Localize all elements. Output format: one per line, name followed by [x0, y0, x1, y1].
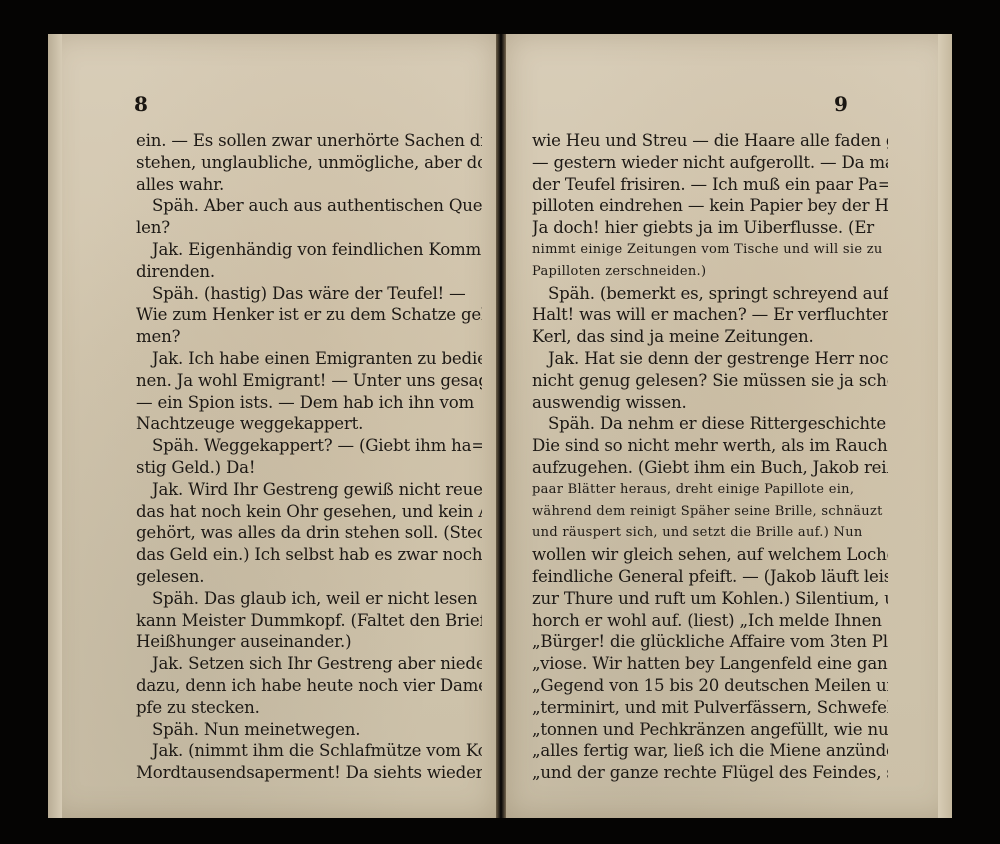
- text-line: gehört, was alles da drin stehen soll. (…: [136, 522, 482, 544]
- text-line: „Gegend von 15 bis 20 deutschen Meilen u…: [532, 675, 888, 697]
- text-line: „Bürger! die glückliche Affaire vom 3ten…: [532, 631, 888, 653]
- text-line: direnden.: [136, 261, 482, 283]
- page-body-text: wie Heu und Streu — die Haare alle faden…: [532, 130, 888, 784]
- text-line: Nachtzeuge weggekappert.: [136, 413, 482, 435]
- text-line: gelesen.: [136, 566, 482, 588]
- text-line: „alles fertig war, ließ ich die Miene an…: [532, 740, 888, 762]
- text-line: alles wahr.: [136, 174, 482, 196]
- text-line: Jak. Hat sie denn der gestrenge Herr noc…: [532, 348, 888, 370]
- text-line: Späh. Weggekappert? — (Giebt ihm ha=: [136, 435, 482, 457]
- text-line: feindliche General pfeift. — (Jakob läuf…: [532, 566, 888, 588]
- text-line: stehen, unglaubliche, unmögliche, aber d…: [136, 152, 482, 174]
- text-line: Heißhunger auseinander.): [136, 631, 482, 653]
- text-line: das hat noch kein Ohr gesehen, und kein …: [136, 501, 482, 523]
- text-line: der Teufel frisiren. — Ich muß ein paar …: [532, 174, 888, 196]
- text-line: — gestern wieder nicht aufgerollt. — Da …: [532, 152, 888, 174]
- text-line: Späh. Das glaub ich, weil er nicht lesen: [136, 588, 482, 610]
- text-line: horch er wohl auf. (liest) „Ich melde Ih…: [532, 610, 888, 632]
- text-line: stig Geld.) Da!: [136, 457, 482, 479]
- text-line: Späh. Da nehm er diese Rittergeschichte!: [532, 413, 888, 435]
- book-spine: [496, 34, 506, 818]
- text-line: Die sind so nicht mehr werth, als im Rau…: [532, 435, 888, 457]
- text-line: „terminirt, und mit Pulverfässern, Schwe…: [532, 697, 888, 719]
- text-line: pilloten eindrehen — kein Papier bey der…: [532, 195, 888, 217]
- text-line: während dem reinigt Späher seine Brille,…: [532, 501, 888, 523]
- text-line: Ja doch! hier giebts ja im Uiberflusse. …: [532, 217, 888, 239]
- text-line: nicht genug gelesen? Sie müssen sie ja s…: [532, 370, 888, 392]
- text-line: Jak. (nimmt ihm die Schlafmütze vom Kopf…: [136, 740, 482, 762]
- text-line: und räuspert sich, und setzt die Brille …: [532, 522, 888, 544]
- text-line: aufzugehen. (Giebt ihm ein Buch, Jakob r…: [532, 457, 888, 479]
- text-line: Späh. (hastig) Das wäre der Teufel! —: [136, 283, 482, 305]
- text-line: „viose. Wir hatten bey Langenfeld eine g…: [532, 653, 888, 675]
- page-number: 9: [834, 92, 848, 116]
- page-number: 8: [134, 92, 148, 116]
- text-line: „tonnen und Pechkränzen angefüllt, wie n…: [532, 719, 888, 741]
- text-line: kann Meister Dummkopf. (Faltet den Brief…: [136, 610, 482, 632]
- text-line: Mordtausendsaperment! Da siehts wieder a…: [136, 762, 482, 784]
- page-body-text: ein. — Es sollen zwar unerhörte Sachen d…: [136, 130, 482, 784]
- text-line: Späh. (bemerkt es, springt schreyend auf…: [532, 283, 888, 305]
- text-line: wie Heu und Streu — die Haare alle faden…: [532, 130, 888, 152]
- text-line: Jak. Eigenhändig von feindlichen Komman=: [136, 239, 482, 261]
- text-line: dazu, denn ich habe heute noch vier Dame…: [136, 675, 482, 697]
- text-line: zur Thure und ruft um Kohlen.) Silentium…: [532, 588, 888, 610]
- text-line: Jak. Setzen sich Ihr Gestreng aber niede…: [136, 653, 482, 675]
- text-line: ein. — Es sollen zwar unerhörte Sachen d…: [136, 130, 482, 152]
- text-line: Späh. Aber auch aus authentischen Quel=: [136, 195, 482, 217]
- text-line: paar Blätter heraus, dreht einige Papill…: [532, 479, 888, 501]
- text-line: Jak. Wird Ihr Gestreng gewiß nicht reuen…: [136, 479, 482, 501]
- text-line: men?: [136, 326, 482, 348]
- text-line: Wie zum Henker ist er zu dem Schatze gek…: [136, 304, 482, 326]
- text-line: Jak. Ich habe einen Emigranten zu bedie=: [136, 348, 482, 370]
- text-line: wollen wir gleich sehen, auf welchem Loc…: [532, 544, 888, 566]
- text-line: — ein Spion ists. — Dem hab ich ihn vom: [136, 392, 482, 414]
- text-line: Papilloten zerschneiden.): [532, 261, 888, 283]
- text-line: Späh. Nun meinetwegen.: [136, 719, 482, 741]
- left-page: 8 ein. — Es sollen zwar unerhörte Sachen…: [48, 34, 496, 818]
- text-line: nen. Ja wohl Emigrant! — Unter uns gesag…: [136, 370, 482, 392]
- text-line: „und der ganze rechte Flügel des Feindes…: [532, 762, 888, 784]
- text-line: das Geld ein.) Ich selbst hab es zwar no…: [136, 544, 482, 566]
- text-line: Halt! was will er machen? — Er verflucht…: [532, 304, 888, 326]
- text-line: len?: [136, 217, 482, 239]
- text-line: nimmt einige Zeitungen vom Tische und wi…: [532, 239, 888, 261]
- text-line: auswendig wissen.: [532, 392, 888, 414]
- right-page: 9 wie Heu und Streu — die Haare alle fad…: [506, 34, 952, 818]
- text-line: pfe zu stecken.: [136, 697, 482, 719]
- text-line: Kerl, das sind ja meine Zeitungen.: [532, 326, 888, 348]
